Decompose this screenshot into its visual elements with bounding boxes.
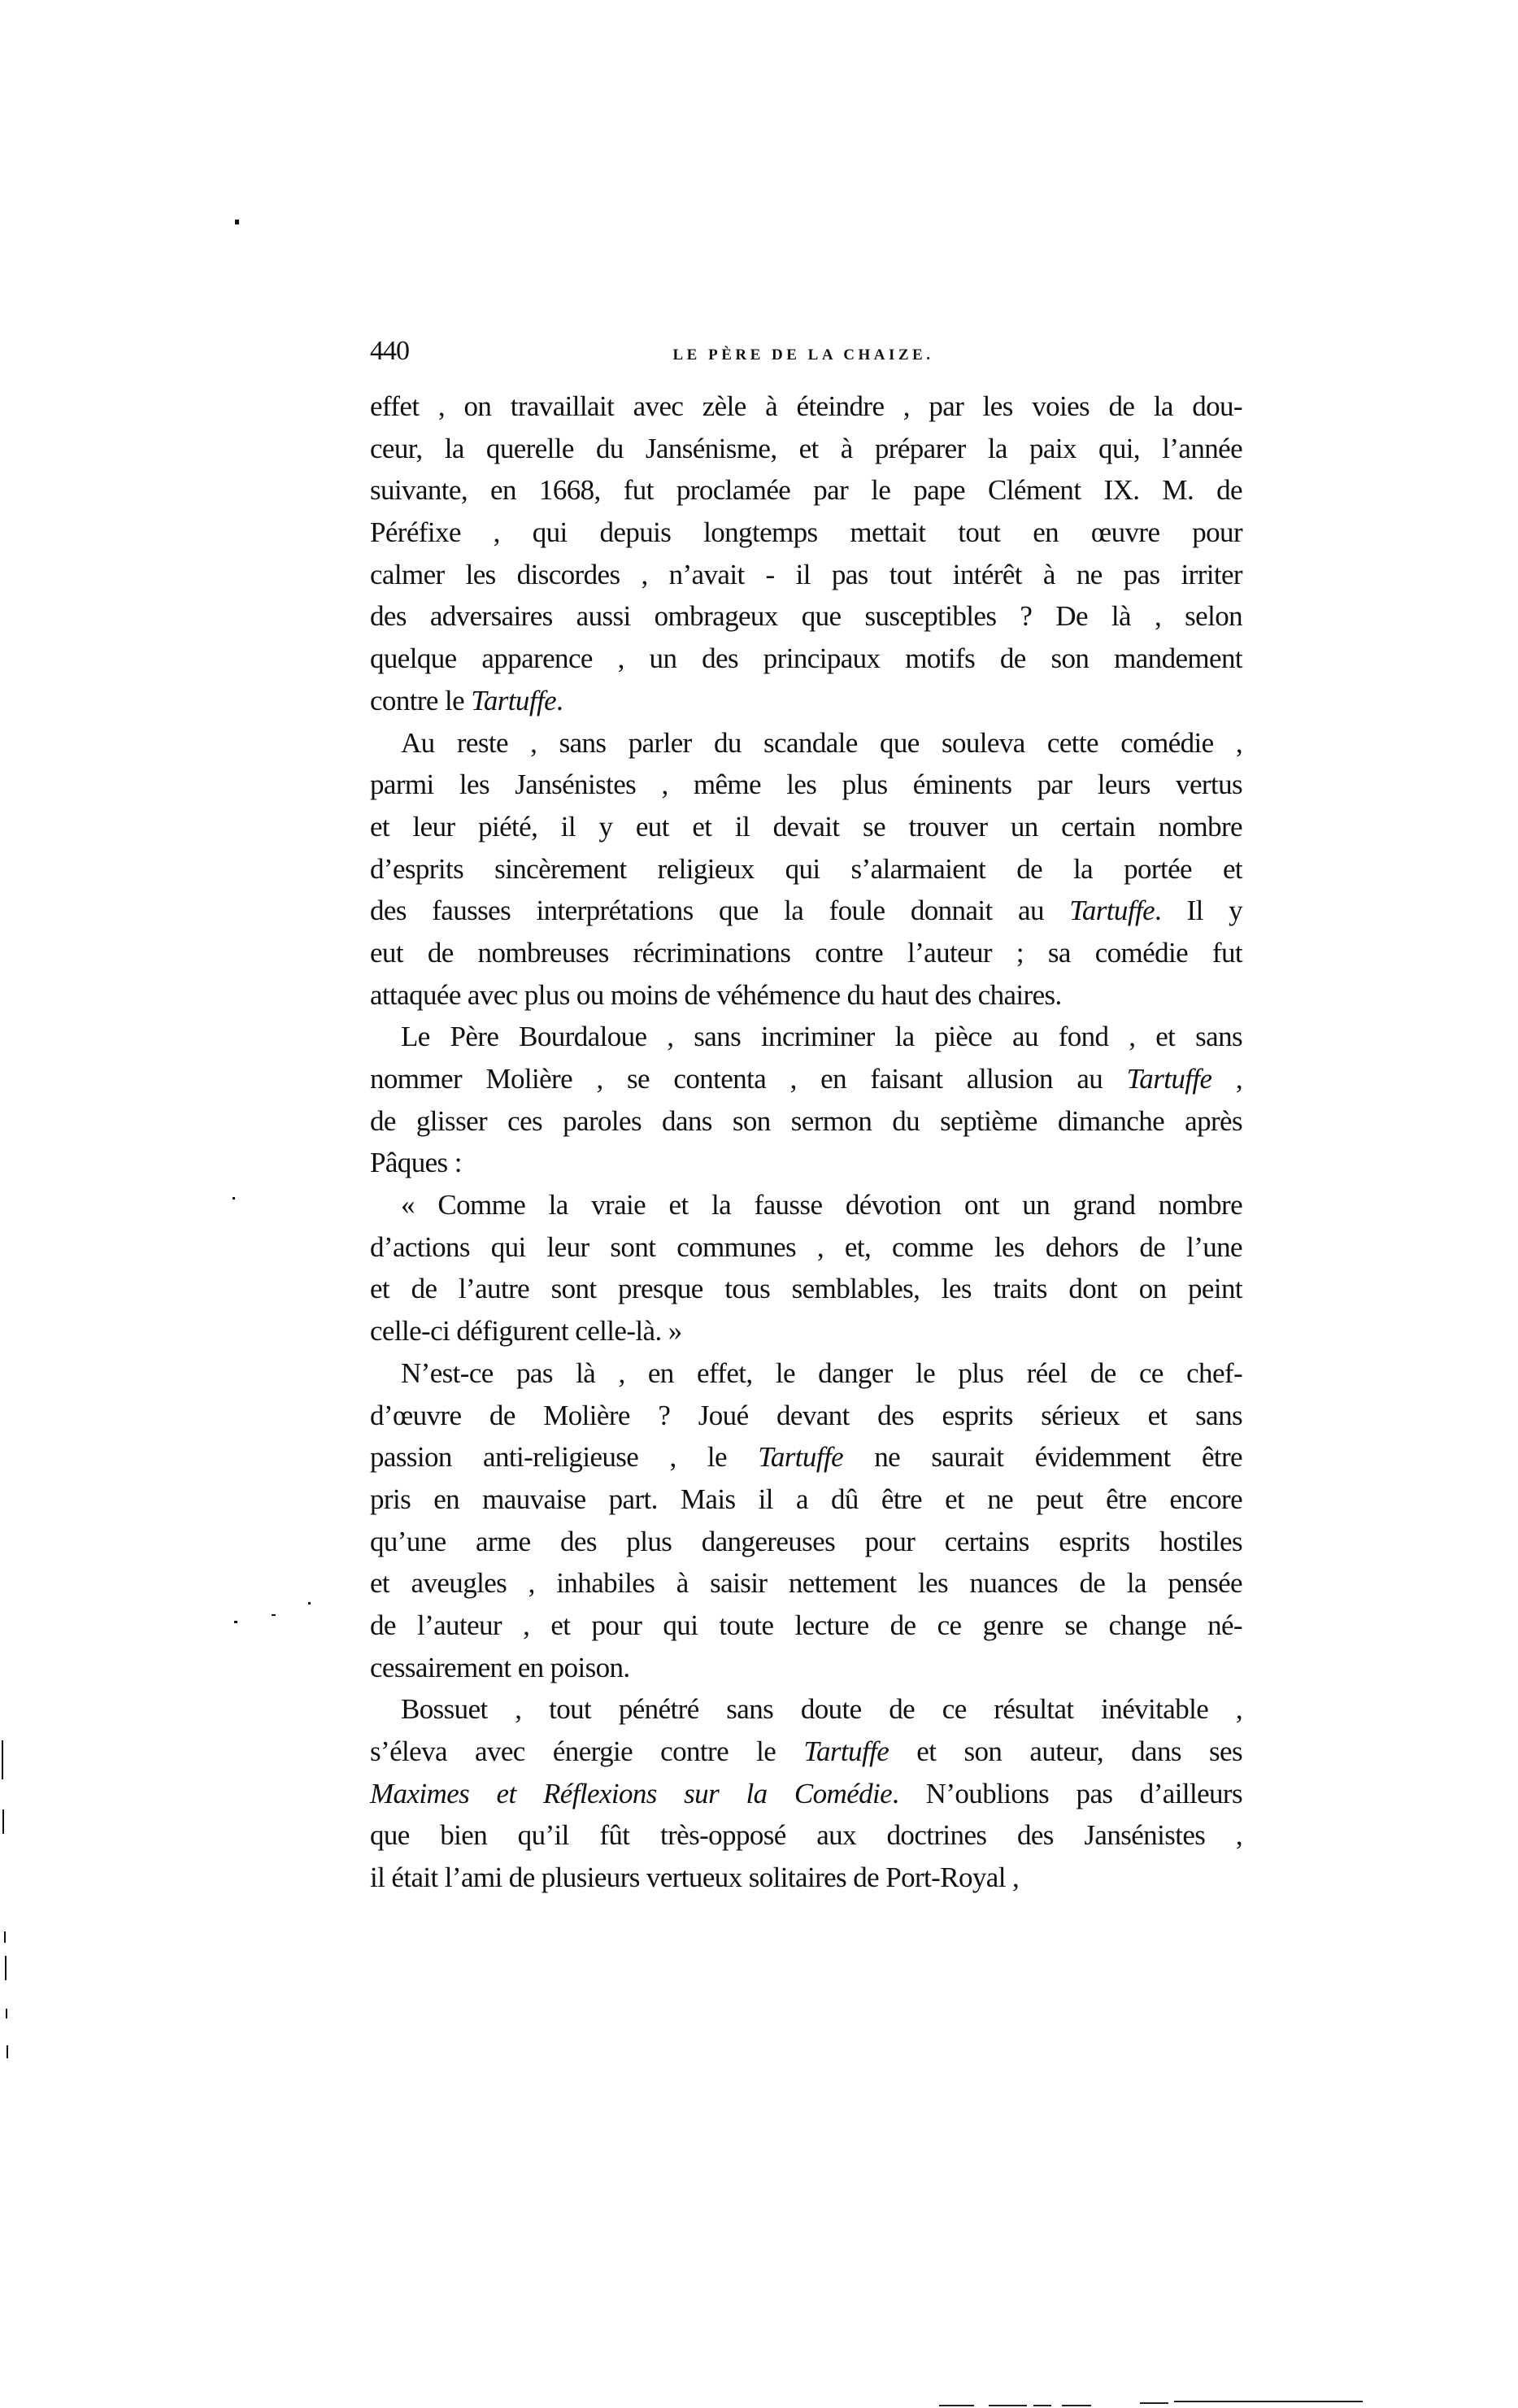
italic-title: Tartuffe: [758, 1441, 843, 1473]
text-segment: et son auteur, dans ses: [889, 1735, 1242, 1767]
scan-speck: [2, 1740, 3, 1779]
text-segment: celle-ci défigurent celle-là. »: [370, 1315, 682, 1347]
text-line: et leur piété, il y eut et il devait se …: [370, 806, 1242, 848]
text-line: et aveugles , inhabiles à saisir netteme…: [370, 1562, 1242, 1605]
scan-speck: [6, 2009, 7, 2018]
text-segment: Bossuet , tout pénétré sans doute de ce …: [401, 1693, 1242, 1725]
text-line: attaquée avec plus ou moins de véhémence…: [370, 974, 1242, 1017]
scan-rule: [1062, 2405, 1091, 2406]
text-segment: attaquée avec plus ou moins de véhémence…: [370, 979, 1062, 1011]
text-segment: d’esprits sincèrement religieux qui s’al…: [370, 853, 1242, 885]
scan-speck: [308, 1602, 311, 1605]
text-line: celle-ci défigurent celle-là. »: [370, 1310, 1242, 1352]
text-line: Péréfixe , qui depuis longtemps mettait …: [370, 512, 1242, 554]
text-segment: des fausses interprétations que la foule…: [370, 895, 1069, 926]
text-line: des adversaires aussi ombrageux que susc…: [370, 595, 1242, 638]
text-line: parmi les Jansénistes , même les plus ém…: [370, 764, 1242, 806]
text-line: quelque apparence , un des principaux mo…: [370, 638, 1242, 680]
text-line: cessairement en poison.: [370, 1647, 1242, 1689]
text-line: pris en mauvaise part. Mais il a dû être…: [370, 1478, 1242, 1521]
text-line: d’actions qui leur sont communes , et, c…: [370, 1226, 1242, 1269]
text-line: et de l’autre sont presque tous semblabl…: [370, 1268, 1242, 1310]
text-segment: de l’auteur , et pour qui toute lecture …: [370, 1609, 1242, 1641]
text-segment: qu’une arme des plus dangereuses pour ce…: [370, 1526, 1242, 1557]
text-line: Maximes et Réflexions sur la Comédie. N’…: [370, 1773, 1242, 1815]
text-segment: et leur piété, il y eut et il devait se …: [370, 811, 1242, 843]
text-segment: que bien qu’il fût très-opposé aux doctr…: [370, 1819, 1242, 1851]
text-segment: et aveugles , inhabiles à saisir netteme…: [370, 1567, 1242, 1599]
text-line: de glisser ces paroles dans son sermon d…: [370, 1100, 1242, 1143]
italic-title: Tartuffe: [1069, 895, 1155, 926]
text-line: d’œuvre de Molière ? Joué devant des esp…: [370, 1395, 1242, 1437]
text-line: « Comme la vraie et la fausse dévotion o…: [370, 1184, 1242, 1226]
text-line: passion anti-religieuse , le Tartuffe ne…: [370, 1436, 1242, 1478]
text-segment: effet , on travaillait avec zèle à étein…: [370, 390, 1242, 422]
scan-speck: [5, 1956, 7, 1980]
text-segment: suivante, en 1668, fut proclamée par le …: [370, 474, 1242, 506]
text-segment: cessairement en poison.: [370, 1652, 630, 1683]
text-segment: passion anti-religieuse , le: [370, 1441, 758, 1473]
text-line: d’esprits sincèrement religieux qui s’al…: [370, 848, 1242, 890]
text-line: calmer les discordes , n’avait - il pas …: [370, 554, 1242, 596]
italic-title: Tartuffe: [1127, 1063, 1212, 1095]
text-segment: de glisser ces paroles dans son sermon d…: [370, 1105, 1242, 1137]
scan-speck: [272, 1614, 276, 1616]
text-segment: Péréfixe , qui depuis longtemps mettait …: [370, 516, 1242, 548]
text-segment: . Il y: [1155, 895, 1242, 926]
scan-speck: [7, 2045, 8, 2058]
text-segment: parmi les Jansénistes , même les plus ém…: [370, 769, 1242, 800]
italic-title: Maximes et Réflexions sur la Comédie: [370, 1778, 892, 1809]
text-line: s’éleva avec énergie contre le Tartuffe …: [370, 1731, 1242, 1773]
paragraph: effet , on travaillait avec zèle à étein…: [370, 385, 1242, 722]
text-segment: eut de nombreuses récriminations contre …: [370, 937, 1242, 969]
body-text: effet , on travaillait avec zèle à étein…: [370, 385, 1242, 1899]
text-segment: il était l’ami de plusieurs vertueux sol…: [370, 1862, 1019, 1893]
text-segment: N’est-ce pas là , en effet, le danger le…: [401, 1357, 1242, 1389]
scan-speck: [233, 1197, 235, 1200]
text-line: nommer Molière , se contenta , en faisan…: [370, 1058, 1242, 1100]
text-segment: « Comme la vraie et la fausse dévotion o…: [401, 1189, 1242, 1221]
text-line: effet , on travaillait avec zèle à étein…: [370, 385, 1242, 428]
text-line: de l’auteur , et pour qui toute lecture …: [370, 1605, 1242, 1647]
paragraph: Au reste , sans parler du scandale que s…: [370, 722, 1242, 1017]
text-line: il était l’ami de plusieurs vertueux sol…: [370, 1857, 1242, 1899]
paragraph: Le Père Bourdaloue , sans incriminer la …: [370, 1016, 1242, 1184]
text-line: suivante, en 1668, fut proclamée par le …: [370, 469, 1242, 512]
scan-speck: [234, 1621, 237, 1623]
text-segment: calmer les discordes , n’avait - il pas …: [370, 559, 1242, 590]
italic-title: Tartuffe: [803, 1735, 889, 1767]
text-segment: des adversaires aussi ombrageux que susc…: [370, 600, 1242, 632]
text-segment: ,: [1211, 1063, 1242, 1095]
text-line: Bossuet , tout pénétré sans doute de ce …: [370, 1688, 1242, 1731]
scan-rule: [939, 2405, 974, 2406]
italic-title: Tartuffe: [471, 685, 556, 716]
text-segment: nommer Molière , se contenta , en faisan…: [370, 1063, 1127, 1095]
text-segment: ceur, la querelle du Jansénisme, et à pr…: [370, 433, 1242, 464]
scan-rule: [1280, 2401, 1363, 2402]
scan-rule: [989, 2405, 1027, 2406]
running-title: LE PÈRE DE LA CHAIZE.: [641, 343, 966, 368]
text-line: Le Père Bourdaloue , sans incriminer la …: [370, 1016, 1242, 1058]
text-segment: contre le: [370, 685, 471, 716]
text-line: N’est-ce pas là , en effet, le danger le…: [370, 1352, 1242, 1395]
text-segment: .: [556, 685, 563, 716]
text-line: ceur, la querelle du Jansénisme, et à pr…: [370, 428, 1242, 470]
text-line: Pâques :: [370, 1142, 1242, 1184]
page-number: 440: [370, 335, 409, 368]
text-line: contre le Tartuffe.: [370, 680, 1242, 722]
paragraph: Bossuet , tout pénétré sans doute de ce …: [370, 1688, 1242, 1898]
scan-rule: [1174, 2401, 1280, 2402]
text-line: Au reste , sans parler du scandale que s…: [370, 722, 1242, 764]
text-line: des fausses interprétations que la foule…: [370, 890, 1242, 932]
scan-rule: [1140, 2402, 1168, 2404]
paragraph: « Comme la vraie et la fausse dévotion o…: [370, 1184, 1242, 1352]
paragraph: N’est-ce pas là , en effet, le danger le…: [370, 1352, 1242, 1689]
scan-speck: [235, 220, 239, 224]
text-segment: pris en mauvaise part. Mais il a dû être…: [370, 1483, 1242, 1515]
scan-speck: [2, 1809, 4, 1834]
text-line: eut de nombreuses récriminations contre …: [370, 932, 1242, 974]
text-segment: d’actions qui leur sont communes , et, c…: [370, 1231, 1242, 1263]
text-segment: s’éleva avec énergie contre le: [370, 1735, 803, 1767]
scan-speck: [4, 1931, 6, 1943]
scan-rule: [1033, 2405, 1051, 2406]
text-segment: Au reste , sans parler du scandale que s…: [401, 727, 1242, 759]
text-line: qu’une arme des plus dangereuses pour ce…: [370, 1521, 1242, 1563]
text-segment: et de l’autre sont presque tous semblabl…: [370, 1273, 1242, 1304]
text-segment: quelque apparence , un des principaux mo…: [370, 642, 1242, 674]
book-page: 440 LE PÈRE DE LA CHAIZE. effet , on tra…: [0, 0, 1518, 2408]
running-head: 440 LE PÈRE DE LA CHAIZE.: [370, 335, 1242, 371]
text-segment: Pâques :: [370, 1147, 462, 1178]
text-segment: ne saurait évidemment être: [843, 1441, 1242, 1473]
text-segment: Le Père Bourdaloue , sans incriminer la …: [401, 1021, 1242, 1052]
text-line: que bien qu’il fût très-opposé aux doctr…: [370, 1814, 1242, 1857]
text-segment: d’œuvre de Molière ? Joué devant des esp…: [370, 1400, 1242, 1431]
text-segment: . N’oublions pas d’ailleurs: [892, 1778, 1242, 1809]
